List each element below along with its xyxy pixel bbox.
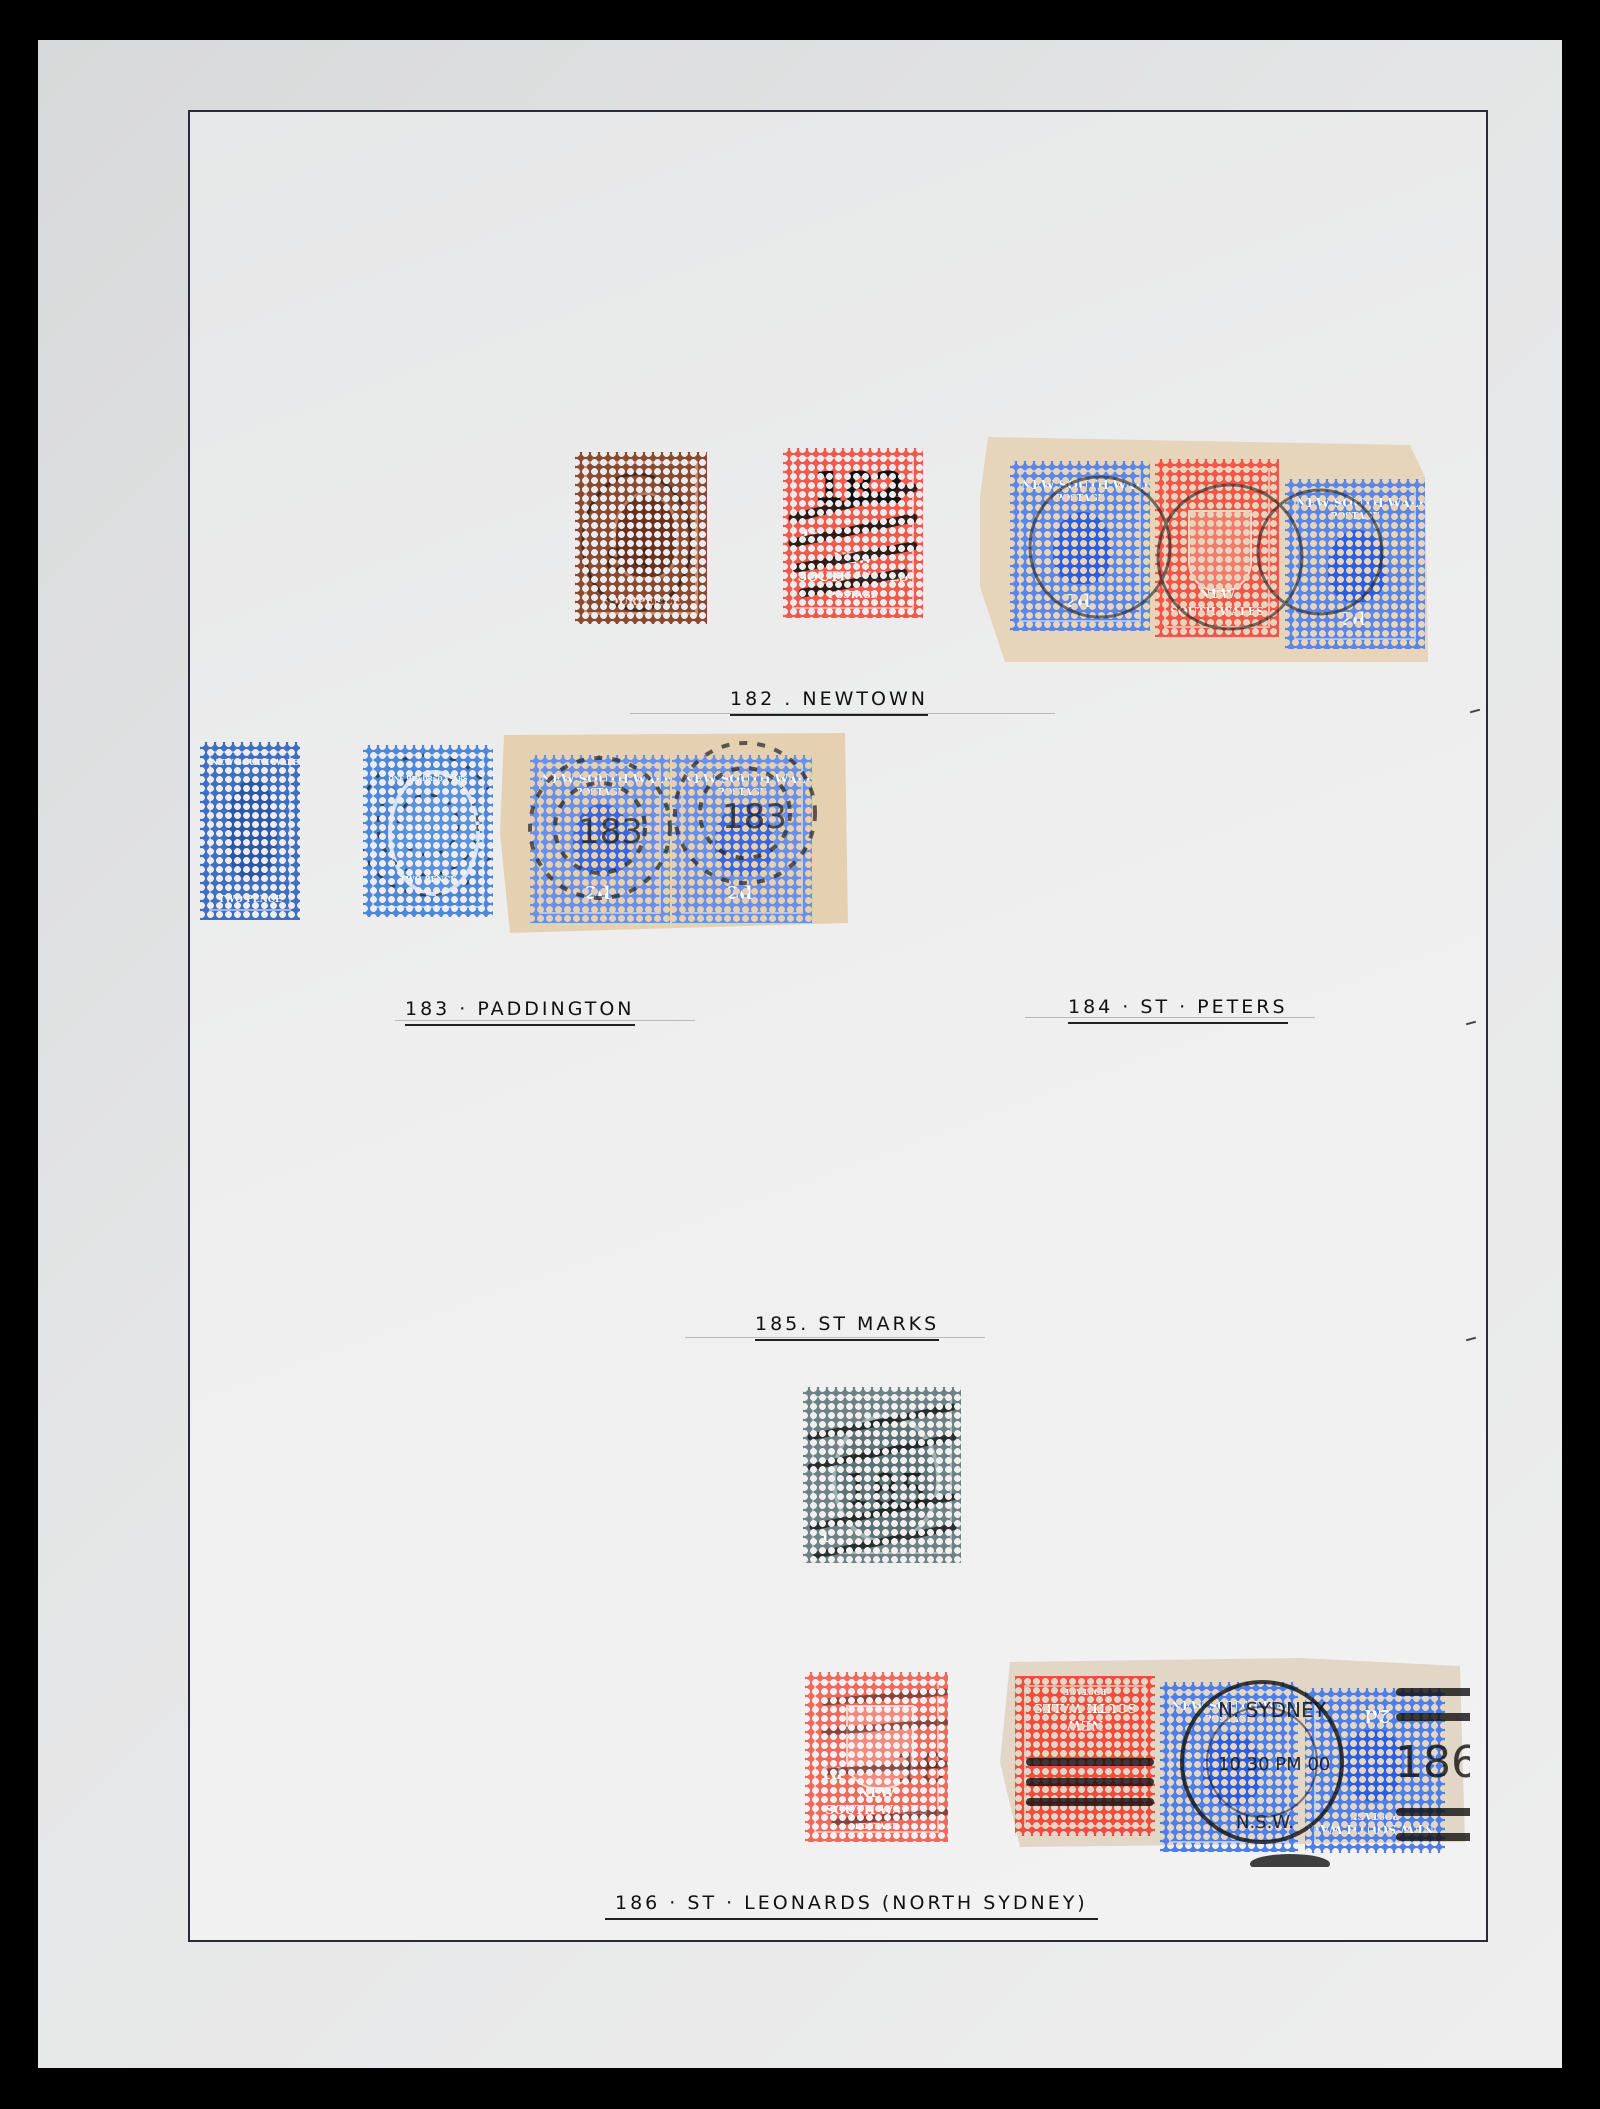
- stamp-text-postage: POSTAGE: [1021, 494, 1139, 504]
- portrait-queen-victoria: [573, 804, 631, 876]
- stamp-text-nsw: NEW SOUTH WALES: [1316, 1822, 1434, 1836]
- portrait-cook: [613, 492, 679, 580]
- stamp-text-postage: POSTAGE: [541, 788, 659, 798]
- stamp-cook-fourpence: FOURPENCE 8 4: [575, 452, 707, 624]
- stamp-qv-2d-blue-inverted: NEW SOUTH WALES POSTAGE 2d: [1305, 1688, 1445, 1853]
- section-label-183: 183 · PADDINGTON: [405, 998, 635, 1020]
- stamp-text-south-wales: SOUTH WALES: [816, 1803, 937, 1817]
- section-label-186: 186 · ST · LEONARDS (NORTH SYDNEY): [615, 1892, 1088, 1914]
- portrait-queen-victoria: [1053, 512, 1111, 584]
- stamp-text-nsw: NEW SOUTH WALES: [541, 772, 659, 786]
- stamp-text-nsw: NEW SOUTH WALES: [1296, 496, 1414, 510]
- stamp-text-postage: POSTAGE: [794, 591, 912, 601]
- stamp-text-two-pence: TWO PENCE: [211, 895, 289, 905]
- stamp-text-postage: POSTAGE: [1296, 512, 1414, 522]
- stamp-piece-st-leonards: NEW SOUTH WALES POSTAGE NEW SOUTH WALES …: [1000, 1652, 1470, 1867]
- stamp-text-nsw: NEW SOUTH WALES: [683, 772, 801, 786]
- stamp-value: 2d: [1365, 1705, 1390, 1726]
- stamp-text-postage: POSTAGE: [1316, 1810, 1434, 1820]
- guide-line: [395, 1020, 695, 1021]
- portrait-queen-victoria: [715, 804, 773, 876]
- stamp-qv-1-grey: 1 185: [803, 1387, 961, 1563]
- stamp-text-new: NEW: [1026, 1717, 1144, 1732]
- stamp-arms-1d-red: 1d NEW SOUTH WALES POSTAGE 186: [805, 1672, 948, 1842]
- shield-emblem: [1188, 510, 1252, 592]
- stamp-text-postage: POSTAGE: [683, 788, 801, 798]
- stamp-text-nsw: NEW SOUTH WALES: [1171, 1699, 1287, 1713]
- portrait-queen-victoria: [1203, 1733, 1261, 1805]
- stamp-text-nsw: NEW SOUTH WALES: [211, 757, 289, 767]
- stamp-qv-2d-blue: NEW SOUTH WALES POSTAGE 2d: [672, 755, 812, 923]
- guide-line: [685, 1337, 985, 1338]
- stamp-arms-1d-red: NEW SOUTH WALES POSTAGE 1d 182: [783, 448, 923, 618]
- section-label-185: 185. ST MARKS: [755, 1313, 939, 1335]
- stamp-arms-1d-red-inverted: NEW SOUTH WALES POSTAGE: [1015, 1676, 1155, 1836]
- stamp-text-new: NEW: [794, 551, 912, 567]
- stamp-qv-2d-blue: NEW SOUTH WALES POSTAGE 2d: [1010, 461, 1150, 631]
- stamp-text-south-wales: SOUTH WALES: [1026, 1701, 1144, 1715]
- stamp-qv-2d-blue: NEW SOUTH WALES POSTAGE: [1160, 1682, 1298, 1852]
- stamp-value: 2d: [1065, 591, 1090, 612]
- stamp-text-two-pence: TWO PENCE: [374, 874, 482, 884]
- stamp-denomination-text: FOURPENCE: [587, 595, 695, 608]
- section-label-184: 184 · ST · PETERS: [1068, 996, 1288, 1018]
- shield-emblem: [846, 1705, 914, 1789]
- stamp-emu-two-pence: ONE HUNDRED YEARS TWO PENCE: [363, 745, 493, 917]
- stamp-value: 2d: [1340, 609, 1365, 630]
- stamp-text-postage: POSTAGE: [1026, 1687, 1144, 1697]
- stamp-value: 1d: [820, 1764, 842, 1783]
- stamp-text-new: NEW: [1166, 587, 1268, 602]
- stamp-value: 2d: [727, 883, 752, 904]
- stamp-arms-1d-red: NEW SOUTH WALES: [1155, 459, 1279, 637]
- stamp-text-postage: POSTAGE: [816, 1821, 937, 1831]
- stamp-value: 1d: [800, 526, 822, 545]
- portrait-queen-victoria: [1328, 530, 1386, 602]
- section-label-182: 182 . NEWTOWN: [730, 688, 928, 710]
- stamp-value: 2d: [585, 883, 610, 904]
- stamp-text-one-hundred-years: ONE HUNDRED YEARS: [374, 776, 482, 783]
- stamp-qv-two-pence: NEW SOUTH WALES TWO PENCE: [200, 742, 300, 920]
- stamp-piece-newtown: NEW SOUTH WALES POSTAGE 2d NEW SOUTH WAL…: [980, 437, 1430, 662]
- portrait-queen-victoria: [227, 779, 277, 879]
- oval-portrait-frame: [832, 1414, 940, 1544]
- portrait-queen-victoria: [1344, 1730, 1402, 1802]
- stamp-piece-paddington: NEW SOUTH WALES POSTAGE 2d NEW SOUTH WAL…: [500, 733, 855, 933]
- stamp-value: 1: [820, 1530, 830, 1546]
- stamp-text-nsw: NEW SOUTH WALES: [1021, 478, 1139, 492]
- stamp-text-postage: POSTAGE: [1171, 1715, 1287, 1725]
- stamp-text-south-wales: SOUTH WALES: [794, 570, 912, 585]
- stamp-text-south-wales: SOUTH WALES: [1166, 605, 1268, 618]
- stamp-qv-2d-blue: NEW SOUTH WALES POSTAGE 2d: [530, 755, 670, 923]
- stamp-text-new: NEW: [816, 1786, 937, 1801]
- stamp-qv-2d-blue: NEW SOUTH WALES POSTAGE 2d: [1285, 479, 1425, 649]
